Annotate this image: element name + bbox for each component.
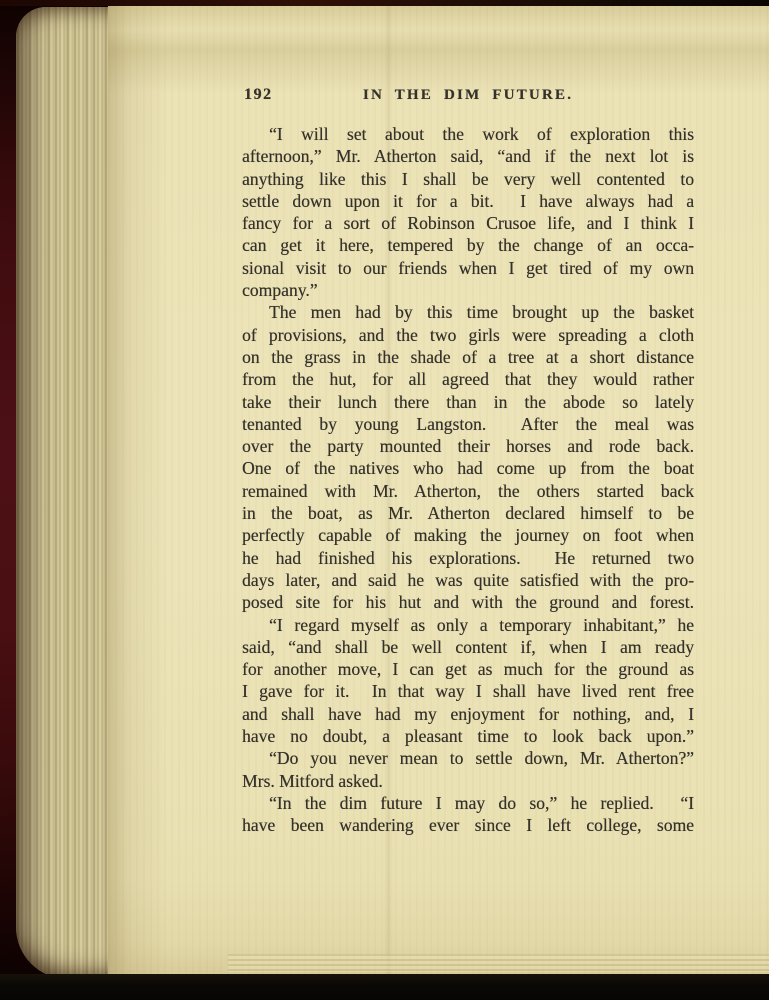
text-line: “I will set about the work of exploratio… [242,123,694,145]
text-line: One of the natives who had come up from … [242,457,694,479]
text-line: “I regard myself as only a temporary inh… [242,614,694,636]
text-line: fancy for a sort of Robinson Crusoe life… [242,212,694,234]
text-line: on the grass in the shade of a tree at a… [242,346,694,368]
text-line: The men had by this time brought up the … [242,301,694,323]
paragraph: “I will set about the work of exploratio… [242,123,694,301]
text-line: anything like this I shall be very well … [242,168,694,190]
text-line: settle down upon it for a bit. I have al… [242,190,694,212]
text-line: have been wandering ever since I left co… [242,814,694,836]
text-line: he had finished his explorations. He ret… [242,547,694,569]
text-line: I gave for it. In that way I shall have … [242,680,694,702]
text-line: days later, and said he was quite satisf… [242,569,694,591]
scanned-book-page: 192 IN THE DIM FUTURE. “I will set about… [0,0,769,1000]
text-line: tenanted by young Langston. After the me… [242,413,694,435]
text-line: posed site for his hut and with the grou… [242,591,694,613]
text-line: over the party mounted their horses and … [242,435,694,457]
text-line: remained with Mr. Atherton, the others s… [242,480,694,502]
book-page: 192 IN THE DIM FUTURE. “I will set about… [108,6,769,974]
text-line: take their lunch there than in the abode… [242,391,694,413]
bottom-shadow-strip [0,974,769,1000]
page-number: 192 [244,86,273,104]
paragraph: “In the dim future I may do so,” he repl… [242,792,694,837]
text-line: sional visit to our friends when I get t… [242,257,694,279]
text-line: “Do you never mean to settle down, Mr. A… [242,747,694,769]
text-line: for another move, I can get as much for … [242,658,694,680]
text-line: perfectly capable of making the journey … [242,524,694,546]
body-text: “I will set about the work of exploratio… [242,123,694,837]
text-line: of provisions, and the two girls were sp… [242,324,694,346]
text-line: can get it here, tempered by the change … [242,234,694,256]
fanned-page-edges [16,7,120,979]
text-line: afternoon,” Mr. Atherton said, “and if t… [242,145,694,167]
page-content: 192 IN THE DIM FUTURE. “I will set about… [242,86,694,837]
paragraph: “I regard myself as only a temporary inh… [242,614,694,748]
text-line: from the hut, for all agreed that they w… [242,368,694,390]
text-line: and shall have had my enjoyment for noth… [242,703,694,725]
text-line: “In the dim future I may do so,” he repl… [242,792,694,814]
paragraph: The men had by this time brought up the … [242,301,694,613]
paragraph: “Do you never mean to settle down, Mr. A… [242,747,694,792]
text-line: in the boat, as Mr. Atherton declared hi… [242,502,694,524]
running-title: IN THE DIM FUTURE. [363,87,573,104]
page-header: 192 IN THE DIM FUTURE. [242,86,694,107]
text-line: company.” [242,279,694,301]
text-line: said, “and shall be well content if, whe… [242,636,694,658]
text-line: have no doubt, a pleasant time to look b… [242,725,694,747]
text-line: Mrs. Mitford asked. [242,770,694,792]
bottom-page-edge-lines [228,954,769,972]
